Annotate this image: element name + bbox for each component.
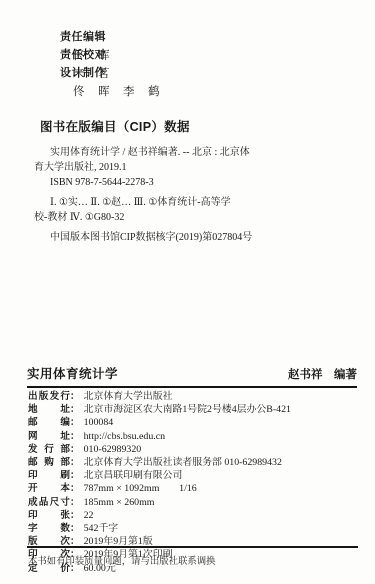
colophon-label: 出版发行 bbox=[28, 391, 70, 402]
bottom-rule bbox=[27, 546, 358, 548]
credit-row: 责任编辑 佟 晖 bbox=[28, 9, 161, 27]
colophon-colon: ： bbox=[70, 523, 80, 534]
colophon-value: 542千字 bbox=[84, 523, 119, 534]
colophon-label: 邮编 bbox=[28, 417, 70, 428]
colophon-value: 22 bbox=[84, 510, 94, 521]
colophon-row: 开本：787mm × 1092mm 1/16 bbox=[28, 481, 358, 494]
colophon-row: 出版发行：北京体育大学出版社 bbox=[28, 389, 358, 402]
colophon-label: 地址 bbox=[28, 404, 70, 415]
colophon-value: 787mm × 1092mm 1/16 bbox=[84, 483, 197, 494]
colophon-colon: ： bbox=[70, 444, 80, 455]
colophon-row: 地址：北京市海淀区农大南路1号院2号楼4层办公B-421 bbox=[28, 402, 358, 415]
cip-heading: 图书在版编目（CIP）数据 bbox=[40, 117, 190, 135]
colophon-row: 发行部：010-62989320 bbox=[28, 442, 358, 455]
colophon-row: 成品尺寸：185mm × 260mm bbox=[28, 495, 358, 508]
colophon-colon: ： bbox=[70, 417, 80, 428]
credit-role-label: 责任编辑 bbox=[60, 31, 106, 43]
colophon-value: 北京体育大学出版社 bbox=[84, 391, 173, 402]
colophon-label: 开本 bbox=[28, 483, 70, 494]
credit-role-label: 责任校对 bbox=[60, 49, 106, 61]
cip-line: 中国版本图书馆CIP数据核字(2019)第027804号 bbox=[34, 230, 344, 245]
colophon-colon: ： bbox=[70, 431, 80, 442]
cip-line: Ⅰ. ①实… Ⅱ. ①赵… Ⅲ. ①体育统计-高等学 bbox=[34, 195, 344, 210]
credits-block: 责任编辑 佟 晖 责任校对 未 茗 设计制作 佟 晖 李 鹤 bbox=[28, 9, 161, 63]
colophon-row: 邮编：100084 bbox=[28, 415, 358, 428]
colophon-value: 北京昌联印刷有限公司 bbox=[84, 470, 183, 481]
colophon-row: 网址：http://cbs.bsu.edu.cn bbox=[28, 429, 358, 442]
credit-role-label: 设计制作 bbox=[60, 67, 106, 79]
credit-names: 佟 晖 李 鹤 bbox=[73, 86, 161, 98]
colophon-row: 邮购部：北京体育大学出版社读者服务部 010-62989432 bbox=[28, 455, 358, 468]
colophon-label: 网址 bbox=[28, 431, 70, 442]
cip-line: 校-教材 Ⅳ. ①G80-32 bbox=[34, 210, 344, 225]
colophon-value: http://cbs.bsu.edu.cn bbox=[84, 431, 165, 442]
cip-line: 育大学出版社, 2019.1 bbox=[34, 160, 344, 175]
colophon-colon: ： bbox=[70, 470, 80, 481]
cip-data-block: 实用体育统计学 / 赵书祥编著. -- 北京 : 北京体 育大学出版社, 201… bbox=[34, 145, 344, 245]
book-title: 实用体育统计学 bbox=[27, 364, 118, 382]
colophon-row: 印张：22 bbox=[28, 508, 358, 521]
colophon-row: 印刷：北京昌联印刷有限公司 bbox=[28, 468, 358, 481]
footer-note: 本书如有印装质量问题，请与出版社联系调换 bbox=[28, 553, 216, 567]
cip-line: 实用体育统计学 / 赵书祥编著. -- 北京 : 北京体 bbox=[34, 145, 344, 160]
colophon-label: 成品尺寸 bbox=[28, 497, 70, 508]
colophon-colon: ： bbox=[70, 404, 80, 415]
colophon-label: 发行部 bbox=[28, 444, 70, 455]
colophon-label: 邮购部 bbox=[28, 457, 70, 468]
colophon-row: 字数：542千字 bbox=[28, 521, 358, 534]
colophon-value: 北京市海淀区农大南路1号院2号楼4层办公B-421 bbox=[84, 404, 291, 415]
colophon-value: 北京体育大学出版社读者服务部 010-62989432 bbox=[84, 457, 282, 468]
colophon-colon: ： bbox=[70, 497, 80, 508]
colophon-colon: ： bbox=[70, 483, 80, 494]
colophon-label: 印刷 bbox=[28, 470, 70, 481]
title-bar: 实用体育统计学 赵书祥 编著 bbox=[27, 364, 357, 388]
colophon-label: 印张 bbox=[28, 510, 70, 521]
colophon-value: 010-62989320 bbox=[84, 444, 142, 455]
colophon-value: 100084 bbox=[84, 417, 114, 428]
book-copyright-page: 责任编辑 佟 晖 责任校对 未 茗 设计制作 佟 晖 李 鹤 图书在版编目（CI… bbox=[0, 0, 375, 584]
colophon-value: 185mm × 260mm bbox=[84, 497, 155, 508]
colophon-colon: ： bbox=[70, 457, 80, 468]
colophon-label: 字数 bbox=[28, 523, 70, 534]
book-author: 赵书祥 编著 bbox=[288, 366, 357, 382]
colophon-colon: ： bbox=[70, 510, 80, 521]
colophon-colon: ： bbox=[70, 391, 80, 402]
cip-line: ISBN 978-7-5644-2278-3 bbox=[34, 175, 344, 190]
